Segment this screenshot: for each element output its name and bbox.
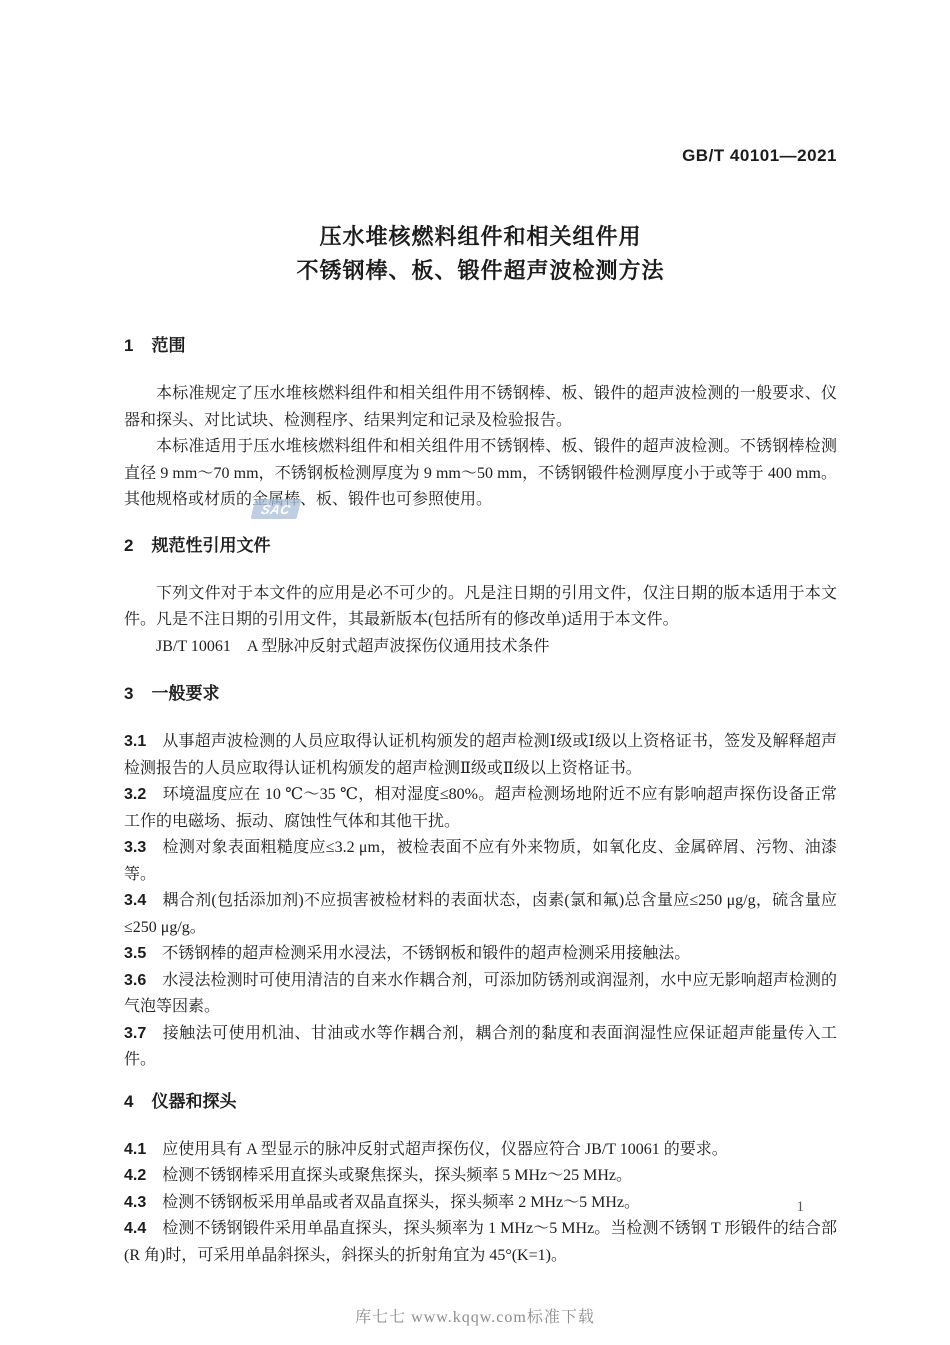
section-number: 1 xyxy=(124,336,133,355)
clause-number: 4.1 xyxy=(124,1141,146,1158)
clause-number: 3.2 xyxy=(124,786,146,803)
clause-number: 3.1 xyxy=(124,733,146,750)
document-title: 压水堆核燃料组件和相关组件用 不锈钢棒、板、锻件超声波检测方法 xyxy=(124,220,837,288)
title-line-1: 压水堆核燃料组件和相关组件用 xyxy=(124,220,837,254)
clause: 3.2环境温度应在 10 ℃～35 ℃，相对湿度≤80%。超声检测场地附近不应有… xyxy=(124,782,837,835)
section-general-requirements: 3一般要求 3.1从事超声波检测的人员应取得认证机构颁发的超声检测Ⅰ级或Ⅰ级以上… xyxy=(124,683,837,1074)
clause-text: 耦合剂(包括添加剂)不应损害被检材料的表面状态，卤素(氯和氟)总含量应≤250 … xyxy=(124,892,837,936)
clause-text: 接触法可使用机油、甘油或水等作耦合剂，耦合剂的黏度和表面润湿性应保证超声能量传入… xyxy=(124,1025,837,1069)
clause: 3.3检测对象表面粗糙度应≤3.2 μm，被检表面不应有外来物质，如氧化皮、金属… xyxy=(124,835,837,888)
section-number: 3 xyxy=(124,684,133,703)
sac-watermark-text: SAC xyxy=(260,502,293,517)
standard-number: GB/T 40101—2021 xyxy=(124,0,837,166)
section-title: 仪器和探头 xyxy=(151,1092,236,1111)
clause-number: 3.7 xyxy=(124,1025,146,1042)
clause-text: 检测对象表面粗糙度应≤3.2 μm，被检表面不应有外来物质，如氧化皮、金属碎屑、… xyxy=(124,839,837,883)
clause: 4.2检测不锈钢棒采用直探头或聚焦探头，探头频率 5 MHz～25 MHz。 xyxy=(124,1163,837,1190)
clause-text: 检测不锈钢棒采用直探头或聚焦探头，探头频率 5 MHz～25 MHz。 xyxy=(162,1167,632,1184)
section-heading: 2规范性引用文件 xyxy=(124,535,837,557)
clause-number: 4.3 xyxy=(124,1194,146,1211)
paragraph: 本标准适用于压水堆核燃料组件和相关组件用不锈钢棒、板、锻件的超声波检测。不锈钢棒… xyxy=(124,434,837,514)
clause: 4.4检测不锈钢锻件采用单晶直探头，探头频率为 1 MHz～5 MHz。当检测不… xyxy=(124,1216,837,1269)
section-number: 4 xyxy=(124,1092,133,1111)
clause-text: 检测不锈钢板采用单晶或者双晶直探头，探头频率 2 MHz～5 MHz。 xyxy=(162,1194,640,1211)
clause-text: 不锈钢棒的超声检测采用水浸法，不锈钢板和锻件的超声检测采用接触法。 xyxy=(162,945,690,962)
section-title: 一般要求 xyxy=(151,684,219,703)
section-heading: 1范围 xyxy=(124,335,837,357)
title-line-2: 不锈钢棒、板、锻件超声波检测方法 xyxy=(124,254,837,288)
clause-number: 3.5 xyxy=(124,945,146,962)
section-heading: 4仪器和探头 xyxy=(124,1091,837,1113)
section-heading: 3一般要求 xyxy=(124,683,837,705)
clause: 4.3检测不锈钢板采用单晶或者双晶直探头，探头频率 2 MHz～5 MHz。 xyxy=(124,1190,837,1217)
clause: 3.6水浸法检测时可使用清洁的自来水作耦合剂，可添加防锈剂或润湿剂，水中应无影响… xyxy=(124,968,837,1021)
page-content-column: GB/T 40101—2021 压水堆核燃料组件和相关组件用 不锈钢棒、板、锻件… xyxy=(124,0,837,1269)
clause: 3.5不锈钢棒的超声检测采用水浸法，不锈钢板和锻件的超声检测采用接触法。 xyxy=(124,941,837,968)
section-scope: 1范围 本标准规定了压水堆核燃料组件和相关组件用不锈钢棒、板、锻件的超声波检测的… xyxy=(124,335,837,514)
clause-text: 环境温度应在 10 ℃～35 ℃，相对湿度≤80%。超声检测场地附近不应有影响超… xyxy=(124,786,837,830)
section-instruments-and-probes: 4仪器和探头 4.1应使用具有 A 型显示的脉冲反射式超声探伤仪，仪器应符合 J… xyxy=(124,1091,837,1270)
paragraph: 下列文件对于本文件的应用是必不可少的。凡是注日期的引用文件，仅注日期的版本适用于… xyxy=(124,581,837,634)
clause-number: 3.6 xyxy=(124,972,146,989)
footer-download-note: 库七七 www.kqqw.com标准下载 xyxy=(0,1304,950,1327)
clause-text: 应使用具有 A 型显示的脉冲反射式超声探伤仪，仪器应符合 JB/T 10061 … xyxy=(162,1141,728,1158)
clause: 3.7接触法可使用机油、甘油或水等作耦合剂，耦合剂的黏度和表面润湿性应保证超声能… xyxy=(124,1021,837,1074)
document-page: GB/T 40101—2021 压水堆核燃料组件和相关组件用 不锈钢棒、板、锻件… xyxy=(0,0,950,1345)
sac-watermark-logo: SAC xyxy=(251,499,302,519)
clause-number: 3.4 xyxy=(124,892,146,909)
clause: 3.4耦合剂(包括添加剂)不应损害被检材料的表面状态，卤素(氯和氟)总含量应≤2… xyxy=(124,888,837,941)
clause-number: 4.2 xyxy=(124,1167,146,1184)
section-number: 2 xyxy=(124,536,133,555)
section-normative-references: 2规范性引用文件 下列文件对于本文件的应用是必不可少的。凡是注日期的引用文件，仅… xyxy=(124,535,837,661)
reference-entry: JB/T 10061 A 型脉冲反射式超声波探伤仪通用技术条件 xyxy=(124,634,837,661)
clause: 4.1应使用具有 A 型显示的脉冲反射式超声探伤仪，仪器应符合 JB/T 100… xyxy=(124,1137,837,1164)
clause: 3.1从事超声波检测的人员应取得认证机构颁发的超声检测Ⅰ级或Ⅰ级以上资格证书，签… xyxy=(124,729,837,782)
section-title: 范围 xyxy=(151,336,185,355)
paragraph: 本标准规定了压水堆核燃料组件和相关组件用不锈钢棒、板、锻件的超声波检测的一般要求… xyxy=(124,381,837,434)
page-number: 1 xyxy=(797,1199,805,1216)
clause-text: 检测不锈钢锻件采用单晶直探头，探头频率为 1 MHz～5 MHz。当检测不锈钢 … xyxy=(124,1220,837,1264)
clause-text: 从事超声波检测的人员应取得认证机构颁发的超声检测Ⅰ级或Ⅰ级以上资格证书，签发及解… xyxy=(124,733,837,777)
clause-text: 水浸法检测时可使用清洁的自来水作耦合剂，可添加防锈剂或润湿剂，水中应无影响超声检… xyxy=(124,972,837,1016)
section-title: 规范性引用文件 xyxy=(151,536,270,555)
clause-number: 4.4 xyxy=(124,1220,146,1237)
clause-number: 3.3 xyxy=(124,839,146,856)
